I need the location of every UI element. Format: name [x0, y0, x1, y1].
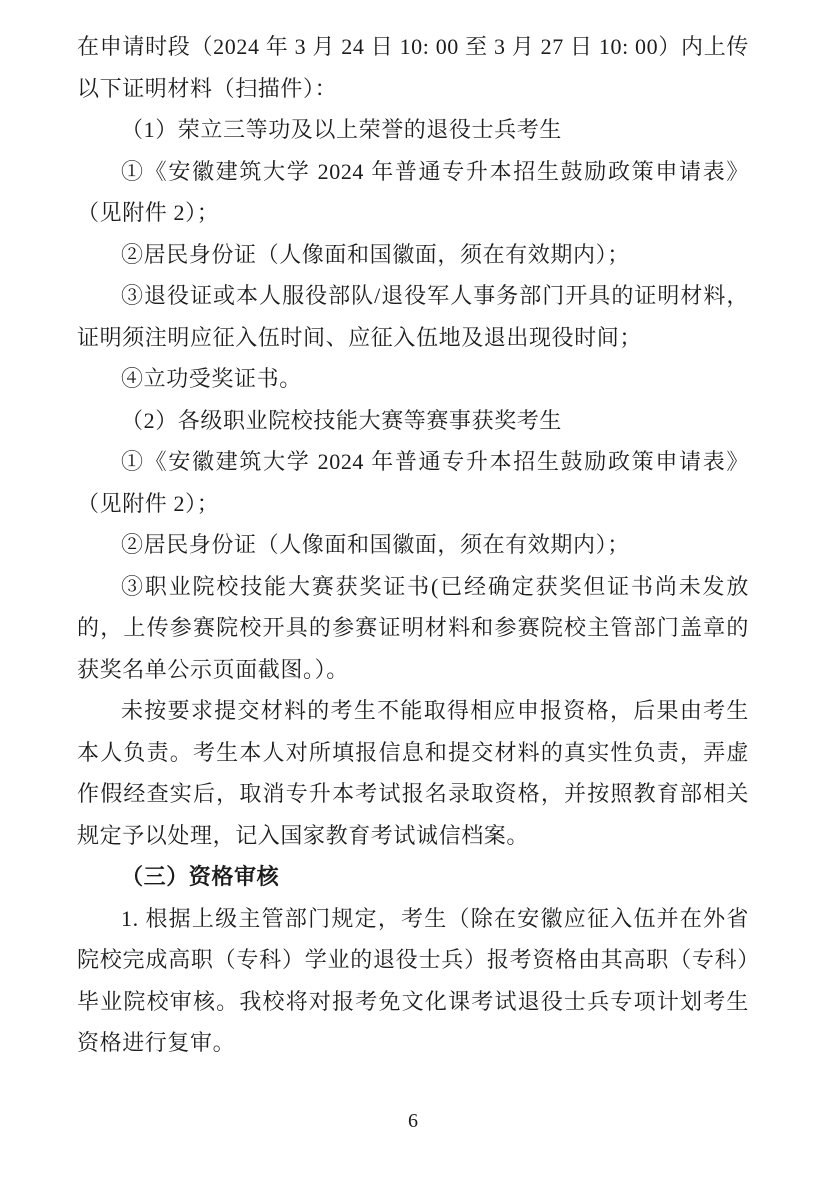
- page-number: 6: [0, 1108, 826, 1134]
- paragraph-2-application-form: ①《安徽建筑大学 2024 年普通专升本招生鼓励政策申请表》（见附件 2）；: [77, 441, 749, 524]
- paragraph-qualification-review-detail: 1. 根据上级主管部门规定，考生（除在安徽应征入伍并在外省院校完成高职（专科）学…: [77, 898, 749, 1064]
- paragraph-responsibility-notice: 未按要求提交材料的考生不能取得相应申报资格，后果由考生本人负责。考生本人对所填报…: [77, 690, 749, 856]
- paragraph-1-award-certificate: ④立功受奖证书。: [77, 358, 749, 400]
- paragraph-item-2-skill-competition: （2）各级职业院校技能大赛等赛事获奖考生: [77, 400, 749, 442]
- document-body: 在申请时段（2024 年 3 月 24 日 10: 00 至 3 月 27 日 …: [77, 26, 749, 1064]
- paragraph-1-discharge-certificate: ③退役证或本人服役部队/退役军人事务部门开具的证明材料，证明须注明应征入伍时间、…: [77, 275, 749, 358]
- document-page: 在申请时段（2024 年 3 月 24 日 10: 00 至 3 月 27 日 …: [0, 0, 826, 1178]
- paragraph-2-id-card: ②居民身份证（人像面和国徽面，须在有效期内）；: [77, 524, 749, 566]
- paragraph-2-competition-certificate: ③职业院校技能大赛获奖证书(已经确定获奖但证书尚未发放的，上传参赛院校开具的参赛…: [77, 566, 749, 691]
- paragraph-1-application-form: ①《安徽建筑大学 2024 年普通专升本招生鼓励政策申请表》（见附件 2）；: [77, 151, 749, 234]
- paragraph-item-1-veterans: （1）荣立三等功及以上荣誉的退役士兵考生: [77, 109, 749, 151]
- section-heading-qualification-review: （三）资格审核: [77, 856, 749, 898]
- paragraph-upload-window: 在申请时段（2024 年 3 月 24 日 10: 00 至 3 月 27 日 …: [77, 26, 749, 109]
- paragraph-1-id-card: ②居民身份证（人像面和国徽面，须在有效期内）；: [77, 234, 749, 276]
